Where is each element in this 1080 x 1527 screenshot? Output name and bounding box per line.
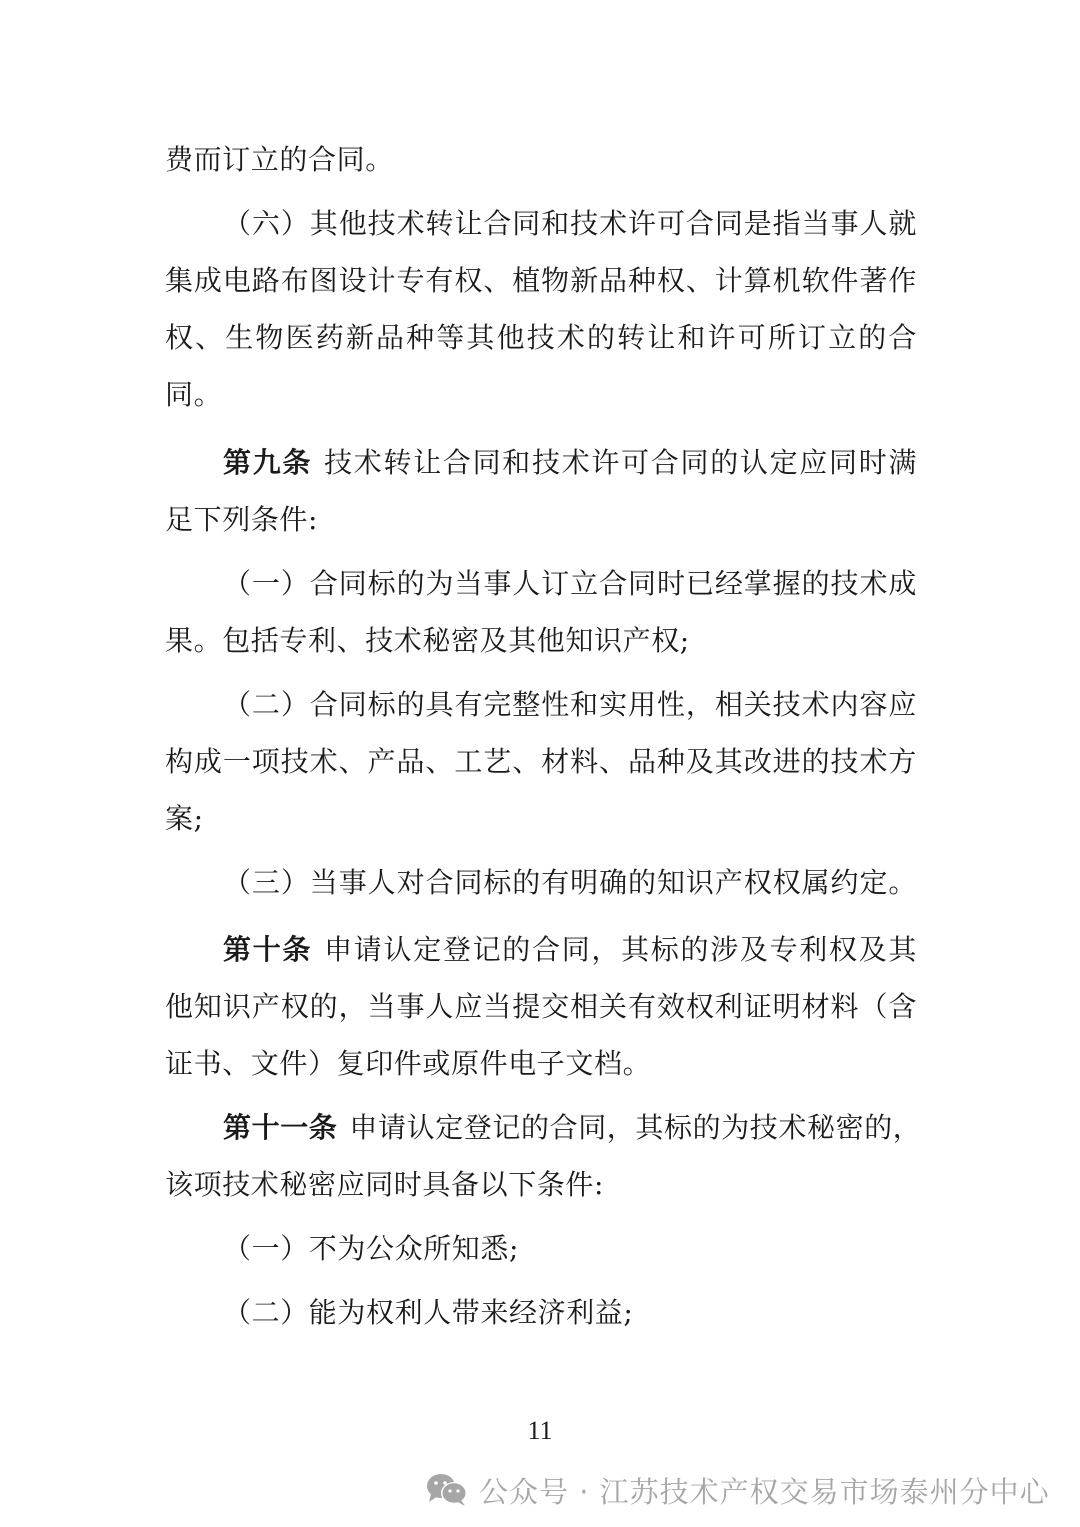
article-9-item-1-line-1: （一）合同标的为当事人订立合同时已经掌握的技术成 <box>223 564 917 604</box>
paragraph-line: （六）其他技术转让合同和技术许可合同是指当事人就 <box>223 204 917 244</box>
paragraph-line: 费而订立的合同。 <box>165 140 917 180</box>
article-9-item-2-line-1: （二）合同标的具有完整性和实用性，相关技术内容应 <box>223 685 917 725</box>
paragraph-line: 权、生物医药新品种等其他技术的转让和许可所订立的合 <box>165 318 917 358</box>
article-11-heading: 第十一条 <box>223 1111 337 1144</box>
article-9-item-3-line-1: （三）当事人对合同标的有明确的知识产权权属约定。 <box>223 863 917 903</box>
wechat-icon <box>425 1472 469 1508</box>
article-11-line-1: 第十一条申请认定登记的合同，其标的为技术秘密的， <box>223 1108 917 1148</box>
article-11-text: 申请认定登记的合同，其标的为技术秘密的， <box>349 1111 921 1144</box>
article-10-heading: 第十条 <box>223 933 312 966</box>
article-9-item-2-line-3: 案; <box>165 799 917 839</box>
paragraph-line: 集成电路布图设计专有权、植物新品种权、计算机软件著作 <box>165 261 917 301</box>
article-10-text: 申请认定登记的合同，其标的涉及专利权及其 <box>324 933 917 966</box>
article-9-line-2: 足下列条件: <box>165 500 917 540</box>
article-9-heading: 第九条 <box>223 446 312 479</box>
document-page: 费而订立的合同。 （六）其他技术转让合同和技术许可合同是指当事人就 集成电路布图… <box>0 0 1080 1527</box>
article-11-item-2: （二）能为权利人带来经济利益; <box>223 1293 917 1333</box>
paragraph-line: 同。 <box>165 375 917 415</box>
article-10-line-2: 他知识产权的，当事人应当提交相关有效权利证明材料（含 <box>165 987 917 1027</box>
article-9-item-1-line-2: 果。包括专利、技术秘密及其他知识产权; <box>165 621 917 661</box>
watermark-text: 公众号 · 江苏技术产权交易市场泰州分中心 <box>479 1470 1050 1511</box>
article-9-line-1: 第九条技术转让合同和技术许可合同的认定应同时满 <box>223 443 917 483</box>
article-10-line-3: 证书、文件）复印件或原件电子文档。 <box>165 1044 917 1084</box>
article-11-item-1: （一）不为公众所知悉; <box>223 1229 917 1269</box>
page-number: 11 <box>0 1416 1080 1446</box>
article-9-item-2-line-2: 构成一项技术、产品、工艺、材料、品种及其改进的技术方 <box>165 742 917 782</box>
article-11-line-2: 该项技术秘密应同时具备以下条件: <box>165 1165 917 1205</box>
article-9-text: 技术转让合同和技术许可合同的认定应同时满 <box>324 446 917 479</box>
article-10-line-1: 第十条申请认定登记的合同，其标的涉及专利权及其 <box>223 930 917 970</box>
wechat-watermark: 公众号 · 江苏技术产权交易市场泰州分中心 <box>425 1468 1050 1512</box>
